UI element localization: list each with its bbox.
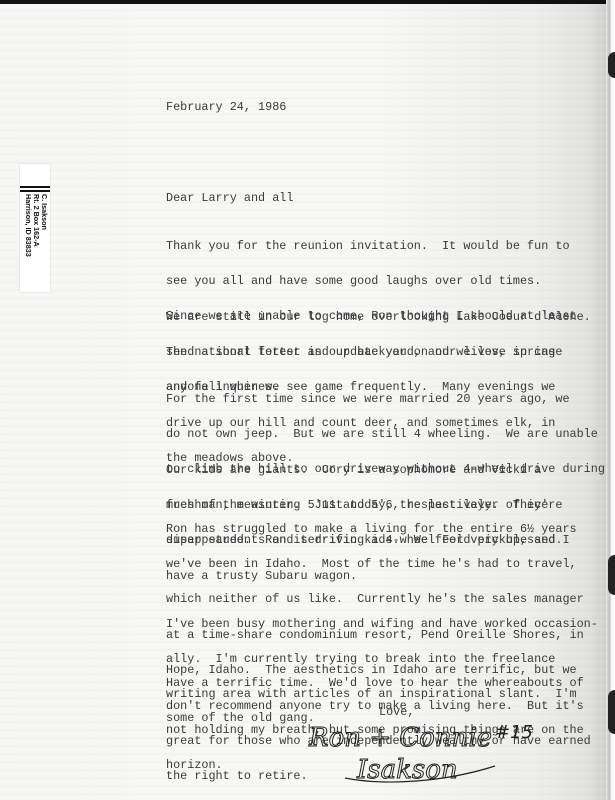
signature-line-2: Isakson	[356, 755, 458, 785]
address-line: Rt. 2 Box 162-A	[32, 194, 40, 257]
text-line: I've been busy mothering and wifing and …	[166, 619, 598, 631]
salutation: Dear Larry and all	[166, 193, 293, 205]
text-line: Our kids are giants. Cory is a sophomore…	[166, 465, 562, 477]
signature-number: #15	[495, 722, 533, 743]
letter-body: February 24, 1986 Dear Larry and all Tha…	[83, 4, 111, 240]
address-label: C. Isakson Rt. 2 Box 162-A Harrison, ID …	[20, 164, 50, 292]
text-line: We are still in our log home overlooking…	[166, 312, 591, 324]
address-line: Harrison, ID 83833	[24, 194, 32, 257]
punch-hole	[608, 555, 615, 595]
punch-hole	[608, 52, 615, 78]
punch-hole	[608, 690, 615, 734]
handwritten-signature: Ron + Connie #15 Isakson	[305, 716, 575, 796]
text-line: Thank you for the reunion invitation. It…	[166, 241, 577, 253]
signature-line-1: Ron + Connie	[308, 723, 492, 753]
text-line: we've been in Idaho. Most of the time he…	[166, 559, 591, 571]
text-line: The national forest is our backyard, and…	[166, 347, 591, 359]
label-rule	[20, 190, 50, 192]
scan-right-edge	[606, 0, 615, 800]
text-line: Have a terrific time. We'd love to hear …	[166, 678, 584, 690]
text-line: see you all and have some good laughs ov…	[166, 276, 577, 288]
text-line: For the first time since we were married…	[166, 394, 605, 406]
label-rule	[20, 186, 50, 188]
letter-page: C. Isakson Rt. 2 Box 162-A Harrison, ID …	[0, 4, 607, 800]
letter-date: February 24, 1986	[166, 102, 286, 114]
text-line: do not own jeep. But we are still 4 whee…	[166, 429, 605, 441]
text-line: Ron has struggled to make a living for t…	[166, 524, 591, 536]
address-label-text: C. Isakson Rt. 2 Box 162-A Harrison, ID …	[24, 194, 48, 257]
address-line: C. Isakson	[40, 194, 48, 257]
